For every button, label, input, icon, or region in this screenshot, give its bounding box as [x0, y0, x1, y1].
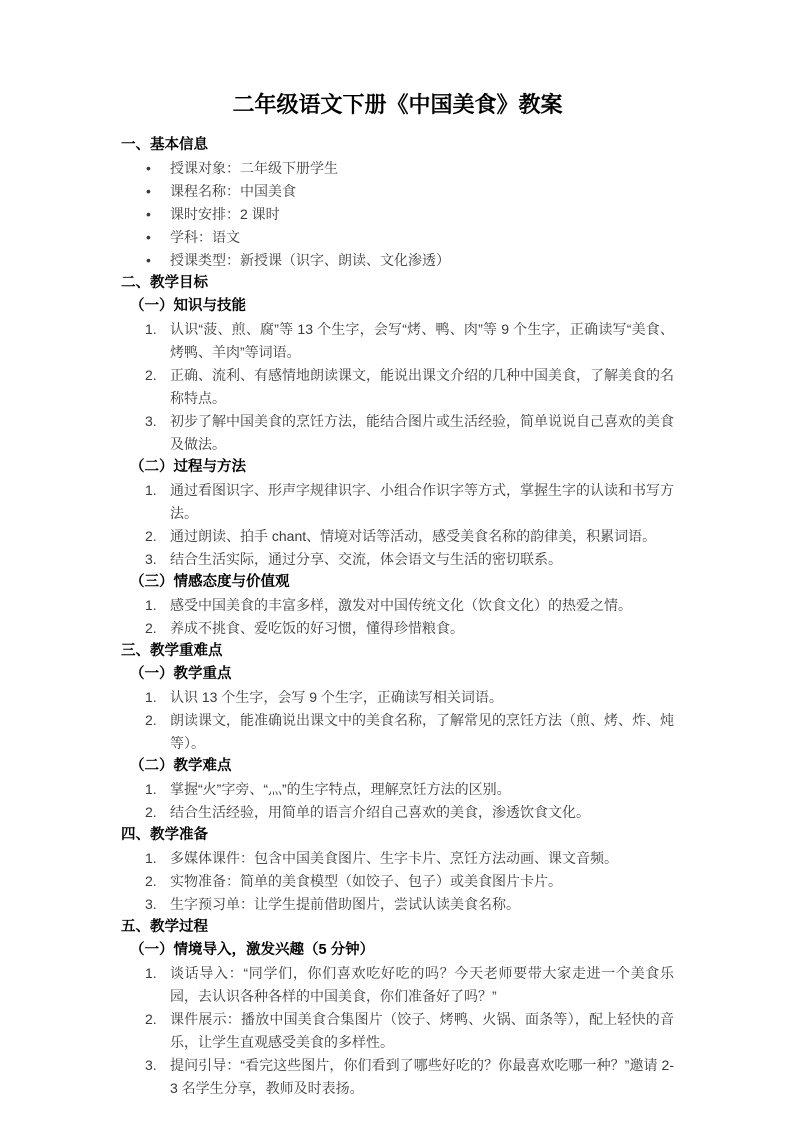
numbered-item: 掌握“火”字旁、“灬”的生字特点，理解烹饪方法的区别。	[170, 778, 674, 801]
list-item: 课时安排：2 课时	[170, 203, 674, 226]
knowledge-skills-list: 认识“菠、煎、腐”等 13 个生字，会写“烤、鸭、肉”等 9 个生字，正确读写“…	[121, 318, 674, 456]
numbered-item: 多媒体课件：包含中国美食图片、生字卡片、烹饪方法动画、课文音频。	[170, 847, 674, 870]
subsection-heading-situation-intro: （一）情境导入，激发兴趣（5 分钟）	[130, 939, 674, 962]
section-heading-key-difficult-points: 三、教学重难点	[121, 640, 674, 663]
numbered-item: 实物准备：简单的美食模型（如饺子、包子）或美食图片卡片。	[170, 870, 674, 893]
section-heading-teaching-goals: 二、教学目标	[121, 272, 674, 295]
process-methods-list: 通过看图识字、形声字规律识字、小组合作识字等方式，掌握生字的认读和书写方法。 通…	[121, 479, 674, 571]
key-points-list: 认识 13 个生字，会写 9 个生字，正确读写相关词语。 朗读课文，能准确说出课…	[121, 686, 674, 755]
difficult-points-list: 掌握“火”字旁、“灬”的生字特点，理解烹饪方法的区别。 结合生活经验，用简单的语…	[121, 778, 674, 824]
numbered-item: 认识“菠、煎、腐”等 13 个生字，会写“烤、鸭、肉”等 9 个生字，正确读写“…	[170, 318, 674, 364]
numbered-item: 通过朗读、拍手 chant、情境对话等活动，感受美食名称的韵律美，积累词语。	[170, 525, 674, 548]
numbered-item: 初步了解中国美食的烹饪方法，能结合图片或生活经验，简单说说自己喜欢的美食及做法。	[170, 410, 674, 456]
list-item: 授课对象：二年级下册学生	[170, 157, 674, 180]
list-item: 课程名称：中国美食	[170, 180, 674, 203]
basic-info-list: 授课对象：二年级下册学生 课程名称：中国美食 课时安排：2 课时 学科：语文 授…	[121, 157, 674, 272]
section-heading-basic-info: 一、基本信息	[121, 134, 674, 157]
subsection-heading-emotion-values: （三）情感态度与价值观	[130, 571, 674, 594]
emotion-values-list: 感受中国美食的丰富多样，激发对中国传统文化（饮食文化）的热爱之情。 养成不挑食、…	[121, 594, 674, 640]
numbered-item: 通过看图识字、形声字规律识字、小组合作识字等方式，掌握生字的认读和书写方法。	[170, 479, 674, 525]
subsection-heading-process-methods: （二）过程与方法	[130, 456, 674, 479]
subsection-heading-key-points: （一）教学重点	[130, 663, 674, 686]
document-page: 二年级语文下册《中国美食》教案 一、基本信息 授课对象：二年级下册学生 课程名称…	[0, 0, 794, 1123]
section-heading-teaching-process: 五、教学过程	[121, 916, 674, 939]
numbered-item: 谈话导入：“同学们，你们喜欢吃好吃的吗？今天老师要带大家走进一个美食乐园，去认识…	[170, 962, 674, 1008]
section-heading-preparation: 四、教学准备	[121, 824, 674, 847]
preparation-list: 多媒体课件：包含中国美食图片、生字卡片、烹饪方法动画、课文音频。 实物准备：简单…	[121, 847, 674, 916]
list-item: 授课类型：新授课（识字、朗读、文化渗透）	[170, 249, 674, 272]
situation-intro-list: 谈话导入：“同学们，你们喜欢吃好吃的吗？今天老师要带大家走进一个美食乐园，去认识…	[121, 962, 674, 1100]
numbered-item: 感受中国美食的丰富多样，激发对中国传统文化（饮食文化）的热爱之情。	[170, 594, 674, 617]
numbered-item: 朗读课文，能准确说出课文中的美食名称，了解常见的烹饪方法（煎、烤、炸、炖等）。	[170, 709, 674, 755]
subsection-heading-knowledge-skills: （一）知识与技能	[130, 295, 674, 318]
numbered-item: 养成不挑食、爱吃饭的好习惯，懂得珍惜粮食。	[170, 617, 674, 640]
numbered-item: 课件展示：播放中国美食合集图片（饺子、烤鸭、火锅、面条等），配上轻快的音乐，让学…	[170, 1008, 674, 1054]
numbered-item: 正确、流利、有感情地朗读课文，能说出课文介绍的几种中国美食，了解美食的名称特点。	[170, 364, 674, 410]
numbered-item: 结合生活经验，用简单的语言介绍自己喜欢的美食，渗透饮食文化。	[170, 801, 674, 824]
document-title: 二年级语文下册《中国美食》教案	[121, 90, 674, 120]
numbered-item: 结合生活实际，通过分享、交流，体会语文与生活的密切联系。	[170, 548, 674, 571]
list-item: 学科：语文	[170, 226, 674, 249]
subsection-heading-difficult-points: （二）教学难点	[130, 755, 674, 778]
numbered-item: 认识 13 个生字，会写 9 个生字，正确读写相关词语。	[170, 686, 674, 709]
numbered-item: 生字预习单：让学生提前借助图片，尝试认读美食名称。	[170, 893, 674, 916]
numbered-item: 提问引导：“看完这些图片，你们看到了哪些好吃的？你最喜欢吃哪一种？”邀请 2-3…	[170, 1054, 674, 1100]
